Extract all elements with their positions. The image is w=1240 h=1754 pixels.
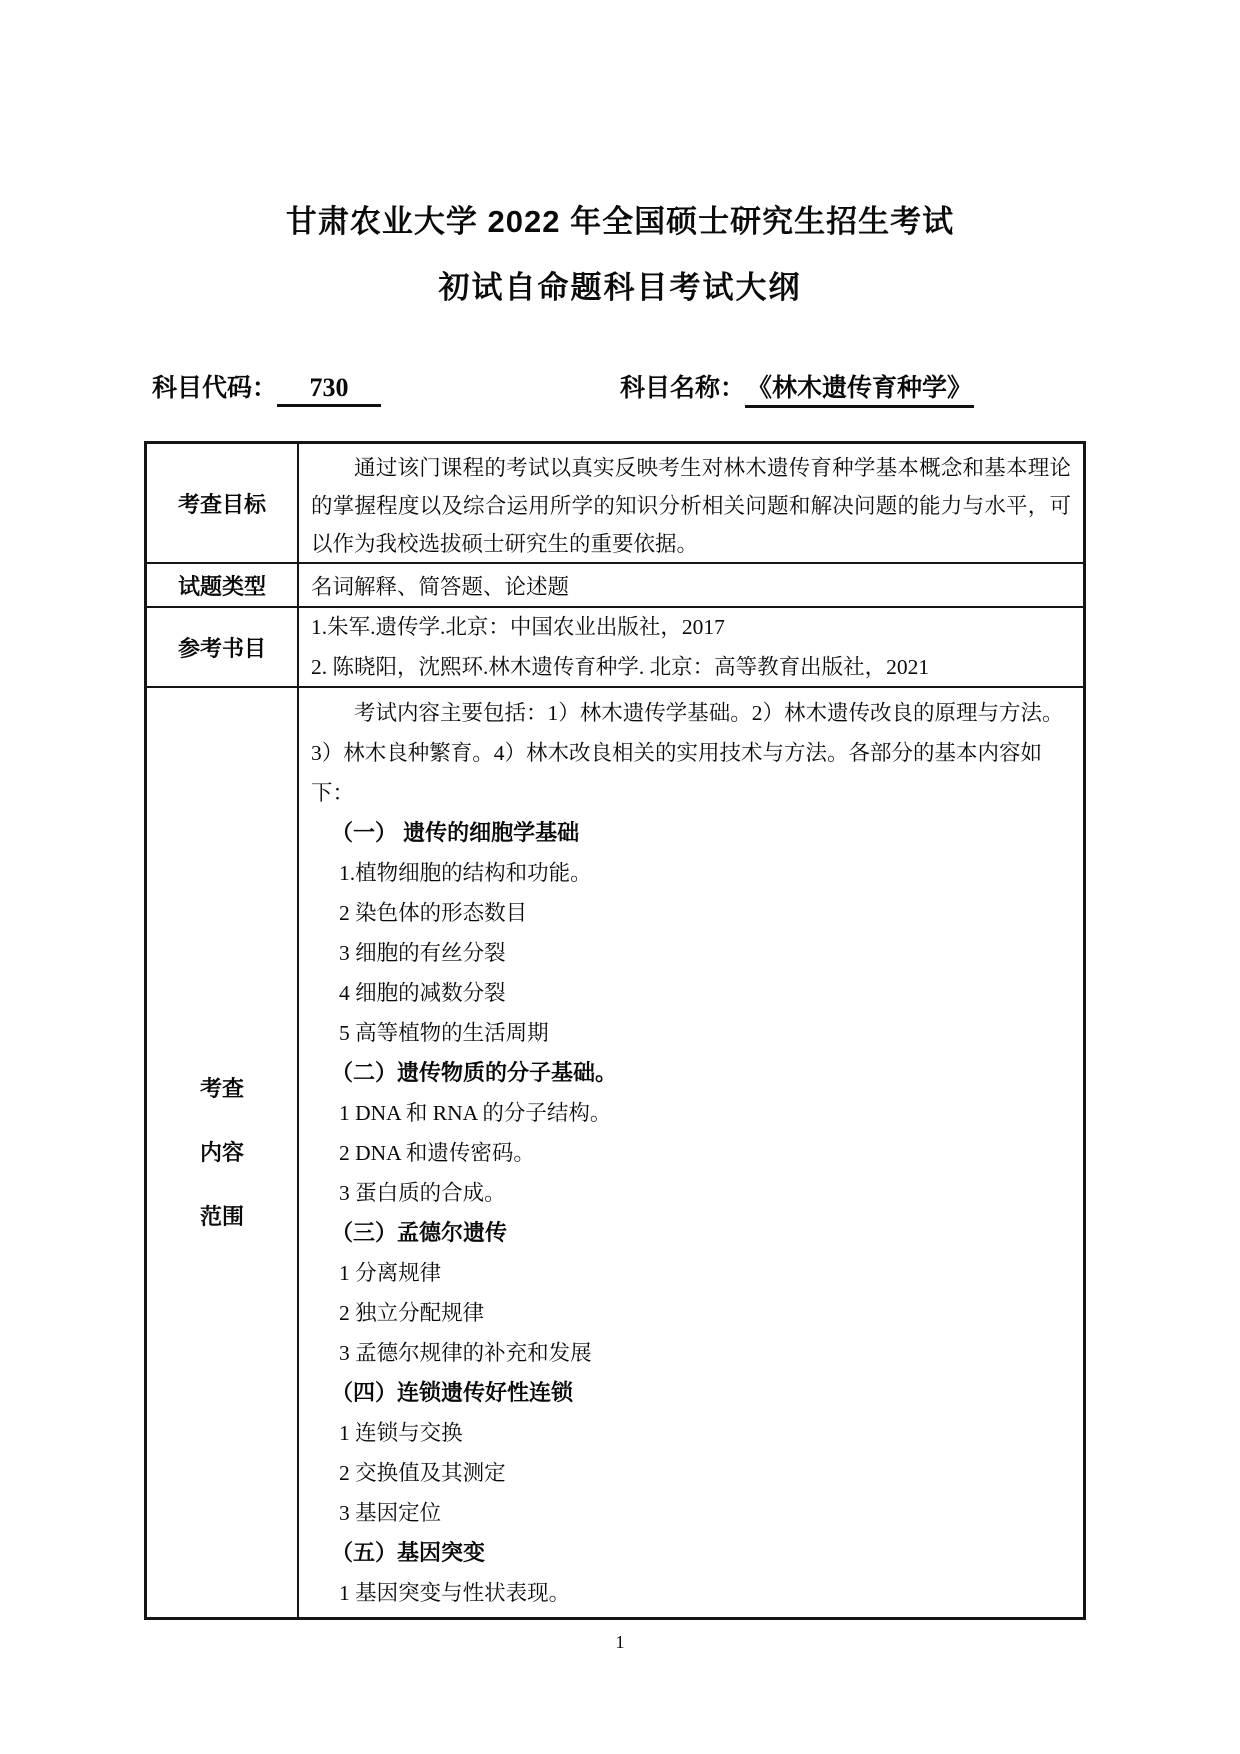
scope-item: 3 蛋白质的合成。 — [339, 1173, 1071, 1213]
subject-name-label: 科目名称： — [620, 374, 745, 402]
reference-book-entry: 2. 陈晓阳，沈熙环.林木遗传育种学. 北京：高等教育出版社，2021 — [311, 647, 1071, 686]
question-types-text: 名词解释、简答题、论述题 — [311, 570, 569, 601]
scope-label-line: 内容 — [200, 1121, 244, 1185]
row-label-reference-books: 参考书目 — [147, 608, 299, 686]
table-row-scope: 考查 内容 范围 考试内容主要包括：1）林木遗传学基础。2）林木遗传改良的原理与… — [147, 686, 1083, 1617]
reference-books-cell: 1.朱军.遗传学.北京：中国农业出版社，2017 2. 陈晓阳，沈熙环.林木遗传… — [299, 608, 1083, 686]
subject-code-label: 科目代码： — [152, 374, 277, 402]
subject-name-group: 科目名称：《林木遗传育种学》 — [620, 368, 974, 408]
scope-label-line: 范围 — [200, 1185, 244, 1249]
page-number: 1 — [0, 1632, 1240, 1653]
table-row-exam-goal: 考查目标 通过该门课程的考试以真实反映考生对林木遗传育种学基本概念和基本理论的掌… — [147, 444, 1083, 562]
subject-name-value: 《林木遗传育种学》 — [745, 368, 974, 408]
scope-item: 3 细胞的有丝分裂 — [339, 933, 1071, 973]
exam-outline-table: 考查目标 通过该门课程的考试以真实反映考生对林木遗传育种学基本概念和基本理论的掌… — [144, 441, 1086, 1620]
scope-label-line: 考查 — [200, 1057, 244, 1121]
scope-item: 5 高等植物的生活周期 — [339, 1013, 1071, 1053]
scope-section-heading: （五）基因突变 — [331, 1533, 1071, 1573]
scope-cell: 考试内容主要包括：1）林木遗传学基础。2）林木遗传改良的原理与方法。3）林木良种… — [299, 688, 1083, 1617]
page-title-line2: 初试自命题科目考试大纲 — [0, 262, 1240, 307]
row-label-exam-goal: 考查目标 — [147, 444, 299, 562]
row-label-scope: 考查 内容 范围 — [147, 688, 299, 1617]
scope-section-heading: （三）孟德尔遗传 — [331, 1213, 1071, 1253]
scope-section-heading: （一） 遗传的细胞学基础 — [331, 813, 1071, 853]
question-types-cell: 名词解释、简答题、论述题 — [299, 564, 1083, 606]
scope-content-list: （一） 遗传的细胞学基础1.植物细胞的结构和功能。2 染色体的形态数目3 细胞的… — [311, 813, 1071, 1617]
scope-item: 1 基因突变与性状表现。 — [339, 1573, 1071, 1613]
subject-code-group: 科目代码：730 — [152, 368, 381, 407]
subject-line: 科目代码：730 科目名称：《林木遗传育种学》 — [144, 368, 1086, 404]
page-title-line1: 甘肃农业大学 2022 年全国硕士研究生招生考试 — [0, 196, 1240, 241]
row-label-question-types: 试题类型 — [147, 564, 299, 606]
scope-item: 3 孟德尔规律的补充和发展 — [339, 1333, 1071, 1373]
scope-section-heading: （四）连锁遗传好性连锁 — [331, 1373, 1071, 1413]
scope-item: 4 细胞的减数分裂 — [339, 973, 1071, 1013]
table-row-question-types: 试题类型 名词解释、简答题、论述题 — [147, 562, 1083, 606]
scope-item: 1.植物细胞的结构和功能。 — [339, 853, 1071, 893]
scope-item: 2 交换值及其测定 — [339, 1453, 1071, 1493]
exam-goal-cell: 通过该门课程的考试以真实反映考生对林木遗传育种学基本概念和基本理论的掌握程度以及… — [299, 444, 1083, 562]
subject-code-value: 730 — [277, 373, 381, 407]
exam-goal-text: 通过该门课程的考试以真实反映考生对林木遗传育种学基本概念和基本理论的掌握程度以及… — [311, 444, 1071, 562]
scope-item: 1 分离规律 — [339, 1253, 1071, 1293]
reference-book-entry: 1.朱军.遗传学.北京：中国农业出版社，2017 — [311, 608, 1071, 647]
table-row-reference-books: 参考书目 1.朱军.遗传学.北京：中国农业出版社，2017 2. 陈晓阳，沈熙环… — [147, 606, 1083, 686]
scope-item: 1 连锁与交换 — [339, 1413, 1071, 1453]
scope-section-heading: （二）遗传物质的分子基础。 — [331, 1053, 1071, 1093]
scope-item: 2 基因突变的鉴定 — [339, 1613, 1071, 1617]
scope-item: 2 DNA 和遗传密码。 — [339, 1133, 1071, 1173]
scope-item: 2 染色体的形态数目 — [339, 893, 1071, 933]
scope-item: 1 DNA 和 RNA 的分子结构。 — [339, 1093, 1071, 1133]
scope-item: 2 独立分配规律 — [339, 1293, 1071, 1333]
scope-item: 3 基因定位 — [339, 1493, 1071, 1533]
scope-intro-paragraph: 考试内容主要包括：1）林木遗传学基础。2）林木遗传改良的原理与方法。3）林木良种… — [311, 693, 1071, 813]
